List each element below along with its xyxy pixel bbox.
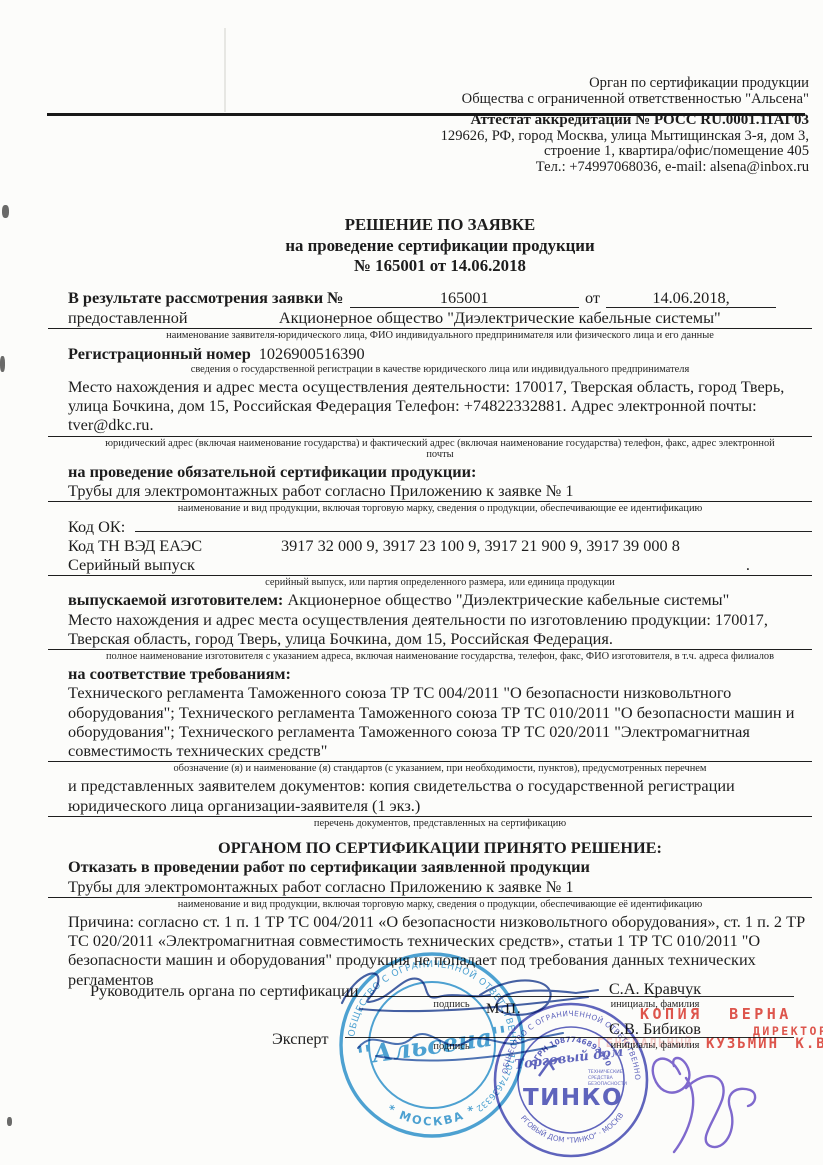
- head-of-body-label: Руководитель органа по сертификации: [90, 981, 358, 1001]
- alsena-moscow-text: * МОСКВА *: [385, 1102, 479, 1129]
- document-page: Орган по сертификации продукции Общества…: [0, 0, 823, 1165]
- rule: [48, 501, 812, 502]
- svg-text:* МОСКВА *: * МОСКВА *: [385, 1102, 479, 1129]
- serial-label: Серийный выпуск: [68, 555, 195, 574]
- manufacturer-row: выпускаемой изготовителем: Акционерное о…: [68, 590, 812, 609]
- applicant-row: предоставленной Акционерное общество "Ди…: [68, 308, 812, 327]
- code-tnved-value: 3917 32 000 9, 3917 23 100 9, 3917 21 90…: [281, 536, 680, 555]
- rule: [48, 575, 812, 576]
- caption-manufacturer: полное наименование изготовителя с указа…: [68, 651, 812, 662]
- caption-registration: сведения о государственной регистрации в…: [68, 364, 812, 375]
- rule: [48, 328, 812, 329]
- serial-row: Серийный выпуск .: [68, 555, 812, 574]
- rule: [48, 436, 812, 437]
- application-number: 165001: [440, 288, 489, 307]
- document-body: В результате рассмотрения заявки № 16500…: [68, 288, 812, 989]
- expert-signature-ink: [348, 1018, 573, 1070]
- rule: [48, 649, 812, 650]
- caption-product: наименование и вид продукции, включая то…: [68, 503, 812, 514]
- ot-label: от: [585, 288, 600, 307]
- scan-artifact-line: [224, 28, 226, 112]
- applicant-name: Акционерное общество "Диэлектрические ка…: [188, 308, 812, 327]
- director-signature-ink: [628, 1046, 793, 1164]
- code-ok-label: Код ОК:: [68, 517, 125, 536]
- requirements-heading: на соответствие требованиям:: [68, 664, 812, 683]
- manufacturer-label: выпускаемой изготовителем:: [68, 590, 283, 609]
- certification-heading: на проведение обязательной сертификации …: [68, 462, 812, 481]
- tinko-name-text: ТИНКО: [523, 1085, 623, 1111]
- scan-speck: [7, 1117, 12, 1126]
- caption-documents: перечень документов, представленных на с…: [68, 818, 812, 829]
- org-address-1: 129626, РФ, город Москва, улица Мытищинс…: [249, 129, 809, 145]
- rule: [48, 816, 812, 817]
- caption-requirements: обозначение (я) и наименование (я) станд…: [68, 763, 812, 774]
- caption-decision-product: наименование и вид продукции, включая то…: [68, 899, 812, 910]
- letterhead: Орган по сертификации продукции Общества…: [249, 76, 809, 176]
- scan-speck: [2, 205, 9, 218]
- applicant-address: Место нахождения и адрес места осуществл…: [68, 377, 812, 435]
- head-signature-ink: [330, 963, 610, 1021]
- copy-stamp-line-1: КОПИЯ ВЕРНА: [640, 1005, 792, 1023]
- expert-label: Эксперт: [272, 1029, 328, 1049]
- manufacturer-address: Место нахождения и адрес места осуществл…: [68, 610, 812, 648]
- title-line-1: РЕШЕНИЕ ПО ЗАЯВКЕ: [68, 215, 812, 236]
- title-line-2: на проведение сертификации продукции: [68, 236, 812, 257]
- requirements-text: Технического регламента Таможенного союз…: [68, 683, 812, 760]
- org-line-2: Общества с ограниченной ответственностью…: [249, 92, 809, 108]
- caption-address: юридический адрес (включая наименование …: [95, 438, 785, 460]
- title-line-3: № 165001 от 14.06.2018: [68, 256, 812, 277]
- code-tnved-label: Код ТН ВЭД ЕАЭС: [68, 536, 281, 555]
- application-date: 14.06.2018,: [652, 288, 729, 307]
- org-line-1: Орган по сертификации продукции: [249, 76, 809, 92]
- provided-label: предоставленной: [68, 308, 188, 327]
- manufacturer-name: Акционерное общество "Диэлектрические ка…: [287, 590, 729, 609]
- application-row: В результате рассмотрения заявки № 16500…: [68, 288, 812, 308]
- org-address-2: строение 1, квартира/офис/помещение 405: [249, 144, 809, 160]
- registration-label: Регистрационный номер: [68, 344, 251, 363]
- tinko-small-text-2: СРЕДСТВА: [588, 1075, 614, 1081]
- caption-serial: серийный выпуск, или партия определенног…: [68, 577, 812, 588]
- serial-dot: .: [746, 555, 750, 574]
- code-ok-row: Код ОК:: [68, 517, 812, 536]
- decision-result: Отказать в проведении работ по сертифика…: [68, 857, 812, 876]
- org-contact: Тел.: +74997068036, e-mail: alsena@inbox…: [249, 160, 809, 176]
- document-title: РЕШЕНИЕ ПО ЗАЯВКЕ на проведение сертифик…: [68, 215, 812, 277]
- application-intro-label: В результате рассмотрения заявки №: [68, 288, 344, 307]
- caption-applicant: наименование заявителя-юридического лица…: [68, 330, 812, 341]
- code-tnved-row: Код ТН ВЭД ЕАЭС 3917 32 000 9, 3917 23 1…: [68, 536, 812, 555]
- application-date-field: 14.06.2018,: [606, 288, 776, 308]
- code-ok-blank: [135, 531, 812, 532]
- registration-row: Регистрационный номер 1026900516390: [68, 344, 812, 363]
- rule: [48, 761, 812, 762]
- scan-speck: [0, 356, 5, 372]
- product-name: Трубы для электромонтажных работ согласн…: [68, 481, 812, 500]
- documents-text: и представленных заявителем документов: …: [68, 776, 812, 814]
- application-number-field: 165001: [350, 288, 579, 308]
- header-rule: [47, 113, 805, 116]
- registration-number: 1026900516390: [259, 344, 365, 363]
- rule: [48, 897, 812, 898]
- decision-heading: ОРГАНОМ ПО СЕРТИФИКАЦИИ ПРИНЯТО РЕШЕНИЕ:: [68, 838, 812, 857]
- tinko-small-text-1: ТЕХНИЧЕСКИЕ: [587, 1069, 623, 1075]
- decision-product: Трубы для электромонтажных работ согласн…: [68, 877, 812, 896]
